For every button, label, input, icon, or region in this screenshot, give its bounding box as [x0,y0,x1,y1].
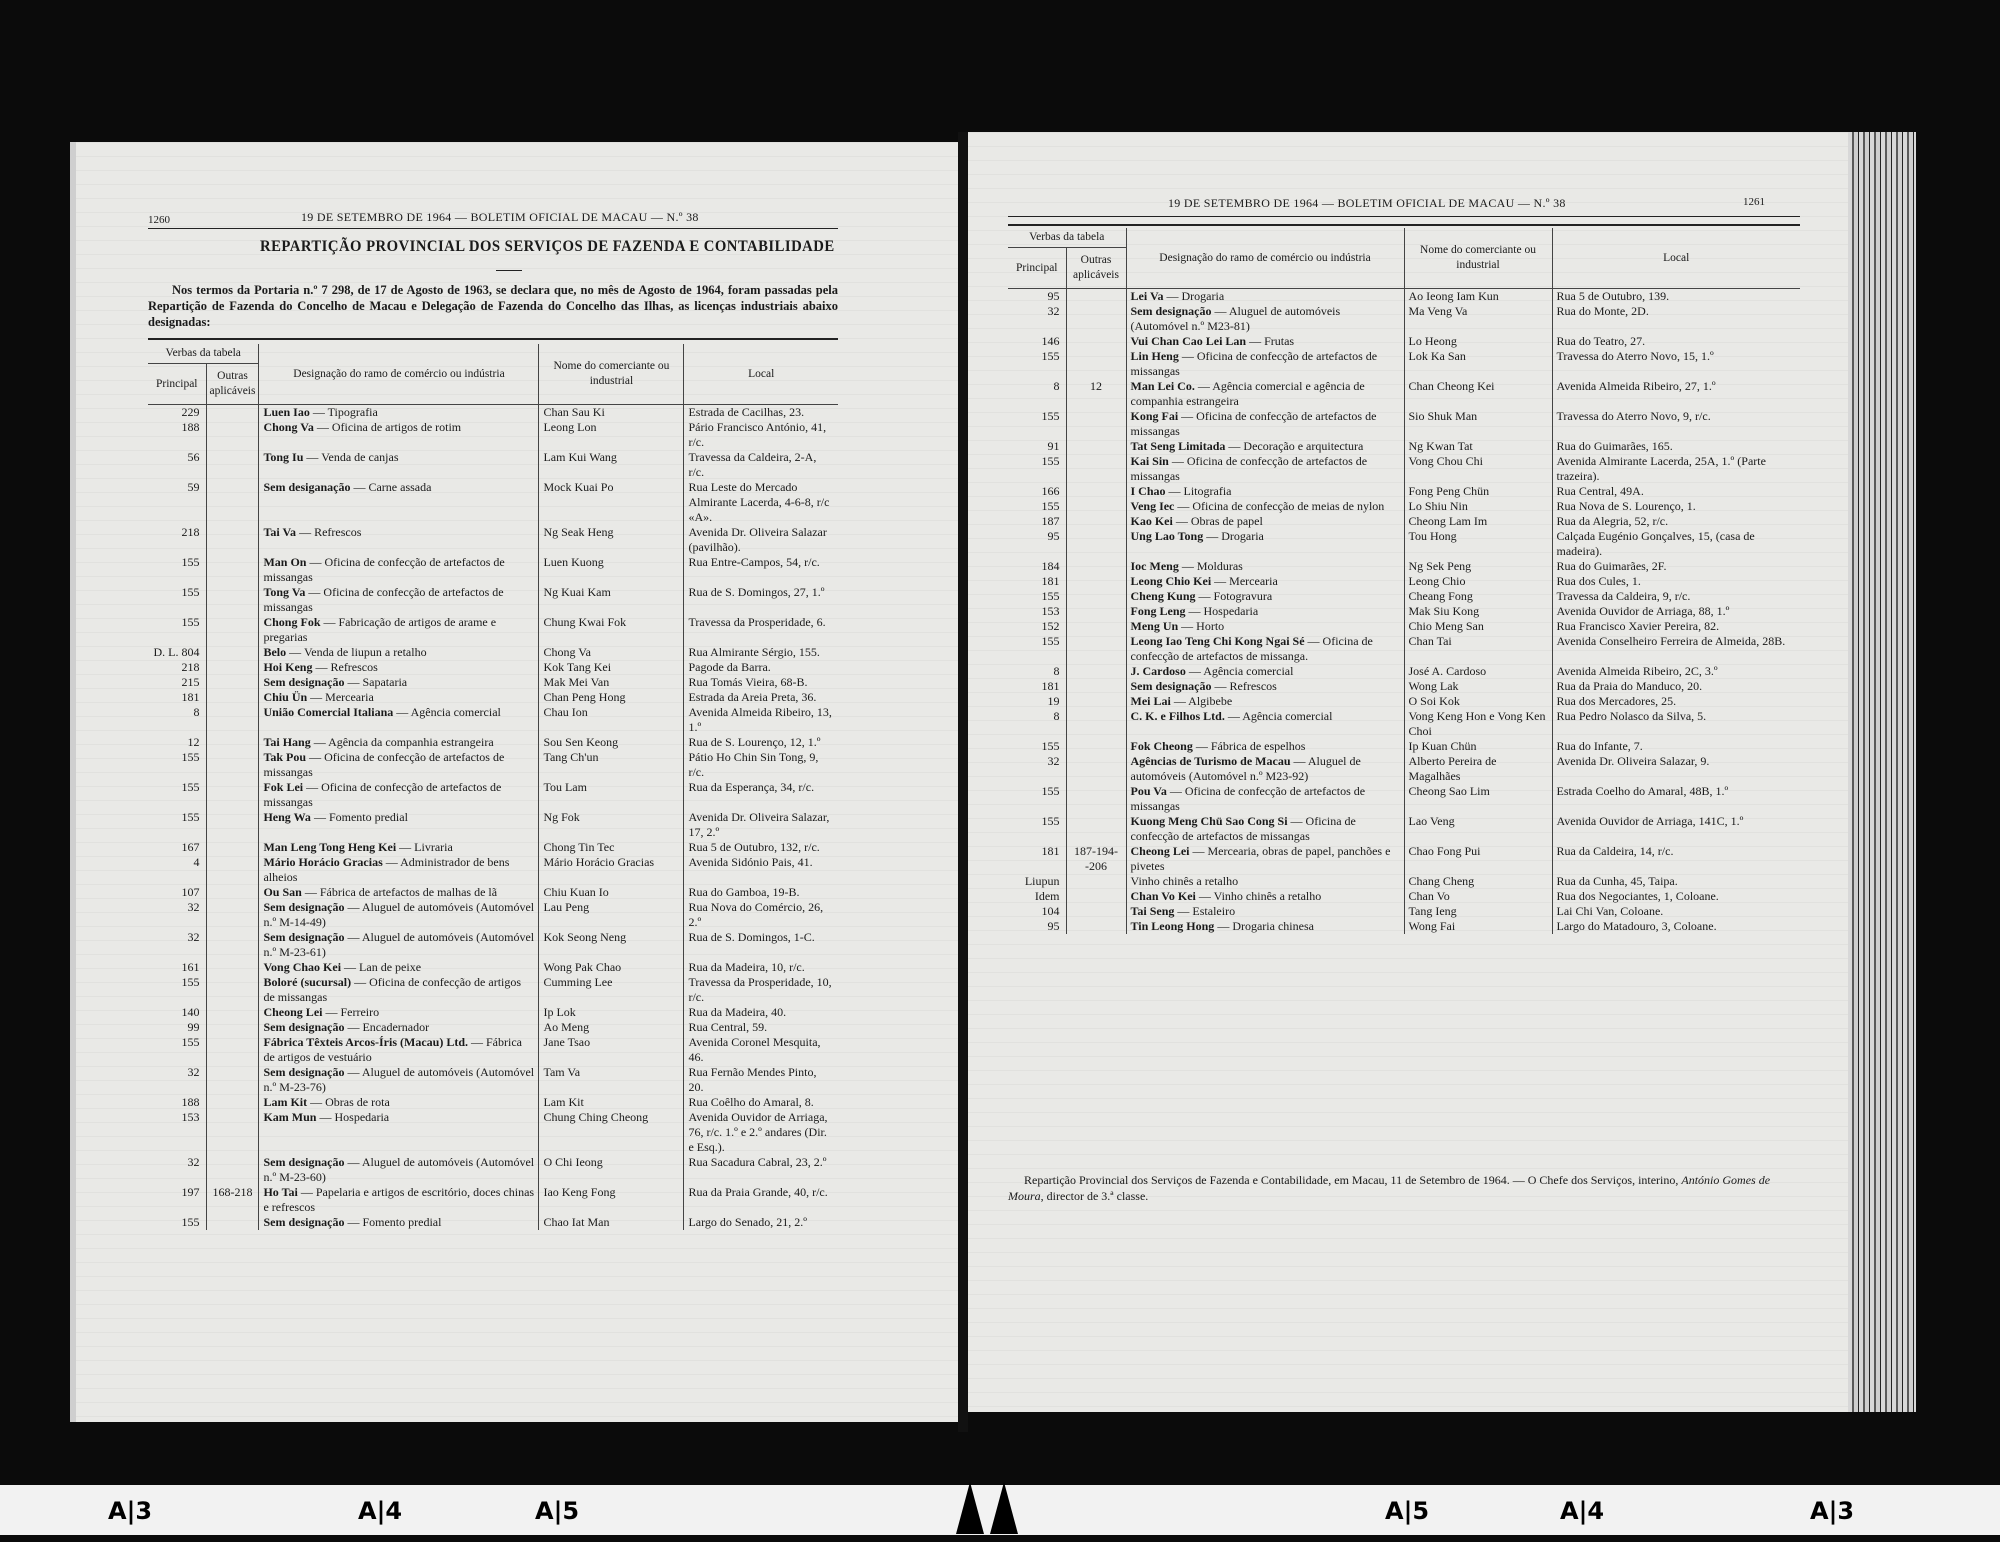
table-row: 32Sem designação — Aluguel de automóveis… [148,930,838,960]
owner-cell: Leong Lon [539,420,684,450]
outras-cell [206,645,259,660]
outras-cell [1066,559,1126,574]
principal-cell: 197 [148,1185,206,1215]
outras-cell: 187-194--206 [1066,844,1126,874]
designacao-cell: Kao Kei — Obras de papel [1126,514,1404,529]
business-name: Chong Fok [263,615,320,629]
designacao-cell: Tai Va — Refrescos [259,525,539,555]
table-row: 167Man Leng Tong Heng Kei — LivrariaChon… [148,840,838,855]
table-row: 8C. K. e Filhos Ltd. — Agência comercial… [1008,709,1800,739]
local-cell: Travessa da Prosperidade, 6. [684,615,838,645]
local-cell: Rua da Madeira, 10, r/c. [684,960,838,975]
local-cell: Rua Nova de S. Lourenço, 1. [1552,499,1800,514]
table-row: IdemChan Vo Kei — Vinho chinês a retalho… [1008,889,1800,904]
business-name: Veng Iec [1131,499,1175,513]
owner-cell: Jane Tsao [539,1035,684,1065]
film-mark: A|4 [1560,1497,1604,1525]
owner-cell: Vong Chou Chi [1404,454,1552,484]
principal-cell: 155 [148,780,206,810]
owner-cell: Wong Fai [1404,919,1552,934]
local-cell: Avenida Almeida Ribeiro, 13, 1.º [684,705,838,735]
local-cell: Rua da Madeira, 40. [684,1005,838,1020]
outras-cell [1066,529,1126,559]
owner-cell: Chan Cheong Kei [1404,379,1552,409]
outras-cell [1066,904,1126,919]
business-name: Lei Va [1131,289,1164,303]
table-row: 155Pou Va — Oficina de confecção de arte… [1008,784,1800,814]
outras-cell [1066,634,1126,664]
owner-cell: Tou Lam [539,780,684,810]
local-cell: Rua de S. Domingos, 27, 1.º [684,585,838,615]
local-cell: Rua do Gamboa, 19-B. [684,885,838,900]
business-name: Meng Un [1131,619,1179,633]
owner-cell: Alberto Pereira de Magalhães [1404,754,1552,784]
activity: Litografia [1184,484,1232,498]
table-row: 166I Chao — LitografiaFong Peng ChünRua … [1008,484,1800,499]
film-mark: A|3 [108,1497,152,1525]
designacao-cell: Ou San — Fábrica de artefactos de malhas… [259,885,539,900]
outras-cell [1066,409,1126,439]
outras-cell [1066,574,1126,589]
business-name: Sem designação [263,1215,344,1229]
local-cell: Lai Chi Van, Coloane. [1552,904,1800,919]
outras-cell [206,1020,259,1035]
header-outras: Outras aplicáveis [1066,248,1126,289]
designacao-cell: Ioc Meng — Molduras [1126,559,1404,574]
outras-cell [206,1155,259,1185]
outras-cell [206,960,259,975]
business-name: Cheong Lei [1131,844,1190,858]
business-name: Chan Vo Kei [1131,889,1196,903]
designacao-cell: Boloré (sucursal) — Oficina de confecção… [259,975,539,1005]
table-row: 8J. Cardoso — Agência comercialJosé A. C… [1008,664,1800,679]
designacao-cell: Tat Seng Limitada — Decoração e arquitec… [1126,439,1404,454]
principal-cell: 161 [148,960,206,975]
business-name: Leong Iao Teng Chi Kong Ngai Sé [1131,634,1305,648]
designacao-cell: União Comercial Italiana — Agência comer… [259,705,539,735]
outras-cell [206,555,259,585]
table-row: 95Ung Lao Tong — DrogariaTou HongCalçada… [1008,529,1800,559]
business-name: Man Lei Co. [1131,379,1195,393]
outras-cell [206,660,259,675]
local-cell: Estrada da Areia Preta, 36. [684,690,838,705]
owner-cell: Tou Hong [1404,529,1552,559]
local-cell: Rua dos Negociantes, 1, Coloane. [1552,889,1800,904]
designacao-cell: Chong Fok — Fabricação de artigos de ara… [259,615,539,645]
local-cell: Rua Tomás Vieira, 68-B. [684,675,838,690]
activity: Vinho chinês a retalho [1214,889,1322,903]
header-local: Local [1552,228,1800,289]
designacao-cell: Ho Tai — Papelaria e artigos de escritór… [259,1185,539,1215]
local-cell: Rua da Alegria, 52, r/c. [1552,514,1800,529]
local-cell: Rua Sacadura Cabral, 23, 2.º [684,1155,838,1185]
business-name: Pou Va [1131,784,1167,798]
outras-cell [1066,289,1126,305]
principal-cell: 155 [148,1035,206,1065]
table-top-rule [148,338,838,340]
principal-cell: 166 [1008,484,1066,499]
table-row: 95Lei Va — DrogariaAo Ieong Iam KunRua 5… [1008,289,1800,305]
local-cell: Travessa do Aterro Novo, 9, r/c. [1552,409,1800,439]
activity: Agência comercial [1203,664,1293,678]
owner-cell: Chung Ching Cheong [539,1110,684,1155]
local-cell: Rua da Caldeira, 14, r/c. [1552,844,1800,874]
header-designacao: Designação do ramo de comércio ou indúst… [259,344,539,405]
activity: Drogaria [1182,289,1225,303]
table-row: 218Tai Va — RefrescosNg Seak HengAvenida… [148,525,838,555]
table-row: 155Kuong Meng Chü Sao Cong Si — Oficina … [1008,814,1800,844]
designacao-cell: Sem designação — Encadernador [259,1020,539,1035]
owner-cell: Chan Tai [1404,634,1552,664]
table-row: 155Tak Pou — Oficina de confecção de art… [148,750,838,780]
local-cell: Rua da Praia do Manduco, 20. [1552,679,1800,694]
designacao-cell: Sem designação — Aluguel de automóveis (… [259,1155,539,1185]
principal-cell: D. L. 804 [148,645,206,660]
table-row: 229Luen Iao — TipografiaChan Sau KiEstra… [148,405,838,421]
designacao-cell: Fong Leng — Hospedaria [1126,604,1404,619]
local-cell: Rua Fernão Mendes Pinto, 20. [684,1065,838,1095]
table-row: 181Sem designação — RefrescosWong LakRua… [1008,679,1800,694]
local-cell: Rua Central, 49A. [1552,484,1800,499]
outras-cell [206,480,259,525]
local-cell: Rua da Cunha, 45, Taipa. [1552,874,1800,889]
business-name: Fok Lei [263,780,303,794]
outras-cell [1066,664,1126,679]
activity: Sapataria [362,675,407,689]
principal-cell: 155 [1008,784,1066,814]
outras-cell [1066,514,1126,529]
owner-cell: Ao Meng [539,1020,684,1035]
designacao-cell: Sem designação — Sapataria [259,675,539,690]
table-row: 155Lin Heng — Oficina de confecção de ar… [1008,349,1800,379]
principal-cell: 19 [1008,694,1066,709]
outras-cell [1066,874,1126,889]
owner-cell: Lau Peng [539,900,684,930]
designacao-cell: Tong Va — Oficina de confecção de artefa… [259,585,539,615]
outras-cell [1066,709,1126,739]
principal-cell: 56 [148,450,206,480]
outras-cell [1066,349,1126,379]
local-cell: Rua do Guimarães, 165. [1552,439,1800,454]
table-row: 155Fok Lei — Oficina de confecção de art… [148,780,838,810]
principal-cell: 188 [148,420,206,450]
principal-cell: 155 [1008,589,1066,604]
designacao-cell: Kam Mun — Hospedaria [259,1110,539,1155]
principal-cell: 32 [148,1065,206,1095]
table-row: 19Mei Lai — AlgibebeO Soi KokRua dos Mer… [1008,694,1800,709]
table-row: 155Man On — Oficina de confecção de arte… [148,555,838,585]
designacao-cell: Man Lei Co. — Agência comercial e agênci… [1126,379,1404,409]
outras-cell [206,450,259,480]
outras-cell [206,690,259,705]
local-cell: Travessa da Caldeira, 2-A, r/c. [684,450,838,480]
principal-cell: 187 [1008,514,1066,529]
business-name: Tai Va [263,525,296,539]
owner-cell: Lo Heong [1404,334,1552,349]
table-row: 155Kong Fai — Oficina de confecção de ar… [1008,409,1800,439]
table-row: 153Kam Mun — HospedariaChung Ching Cheon… [148,1110,838,1155]
table-row: 32Sem designação — Aluguel de automóveis… [148,1065,838,1095]
header-local: Local [684,344,838,405]
designacao-cell: Chiu Ün — Mercearia [259,690,539,705]
owner-cell: Leong Chio [1404,574,1552,589]
activity: Venda de canjas [321,450,398,464]
designacao-cell: Cheng Kung — Fotogravura [1126,589,1404,604]
owner-cell: Chong Va [539,645,684,660]
principal-cell: 181 [1008,574,1066,589]
local-cell: Rua do Teatro, 27. [1552,334,1800,349]
outras-cell [1066,454,1126,484]
local-cell: Rua de S. Domingos, 1-C. [684,930,838,960]
local-cell: Rua do Infante, 7. [1552,739,1800,754]
table-row: 59Sem desiganação — Carne assadaMock Kua… [148,480,838,525]
business-name: Boloré (sucursal) [263,975,351,989]
outras-cell [206,840,259,855]
business-name: Tin Leong Hong [1131,919,1215,933]
business-name: Sem designação [263,900,344,914]
outras-cell [206,900,259,930]
outras-cell [1066,604,1126,619]
principal-cell: 4 [148,855,206,885]
film-mark: A|5 [1385,1497,1429,1525]
table-row: 140Cheong Lei — FerreiroIp LokRua da Mad… [148,1005,838,1020]
table-row: 188Lam Kit — Obras de rotaLam KitRua Coê… [148,1095,838,1110]
activity: Refrescos [330,660,377,674]
page-stack-edge [1848,132,1916,1412]
designacao-cell: Cheong Lei — Mercearia, obras de papel, … [1126,844,1404,874]
table-row: 161Vong Chao Kei — Lan de peixeWong Pak … [148,960,838,975]
activity: Obras de papel [1191,514,1263,528]
header-principal: Principal [1008,248,1066,289]
closing-statement: Repartição Provincial dos Serviços de Fa… [1008,1172,1800,1204]
activity: Oficina de confecção de meias de nylon [1192,499,1384,513]
owner-cell: Sio Shuk Man [1404,409,1552,439]
outras-cell [1066,439,1126,454]
owner-cell: Fong Peng Chün [1404,484,1552,499]
table-row: 152Meng Un — HortoChio Meng SanRua Franc… [1008,619,1800,634]
designacao-cell: Man On — Oficina de confecção de artefac… [259,555,539,585]
designacao-cell: Lei Va — Drogaria [1126,289,1404,305]
fold-wedge-right [990,1482,1018,1534]
outras-cell [206,855,259,885]
header-rule [148,228,838,229]
local-cell: Avenida Almeida Ribeiro, 27, 1.º [1552,379,1800,409]
owner-cell: Lam Kit [539,1095,684,1110]
table-row: 32Sem designação — Aluguel de automóveis… [148,900,838,930]
principal-cell: 152 [1008,619,1066,634]
table-row: 155Leong Iao Teng Chi Kong Ngai Sé — Ofi… [1008,634,1800,664]
principal-cell: 215 [148,675,206,690]
outras-cell [206,750,259,780]
business-name: Ung Lao Tong [1131,529,1204,543]
right-page: 19 DE SETEMBRO DE 1964 — BOLETIM OFICIAL… [968,132,1848,1412]
owner-cell: Lam Kui Wang [539,450,684,480]
local-cell: Rua Coêlho do Amaral, 8. [684,1095,838,1110]
business-name: Cheng Kung [1131,589,1196,603]
running-head: 19 DE SETEMBRO DE 1964 — BOLETIM OFICIAL… [301,210,699,225]
designacao-cell: Sem designação — Aluguel de automóveis (… [1126,304,1404,334]
table-row: 155Tong Va — Oficina de confecção de art… [148,585,838,615]
principal-cell: 8 [148,705,206,735]
header-verbas: Verbas da tabela [148,344,259,364]
header-outras: Outras aplicáveis [206,364,259,405]
designacao-cell: Sem designação — Aluguel de automóveis (… [259,1065,539,1095]
activity: Agência comercial [1242,709,1332,723]
owner-cell: Luen Kuong [539,555,684,585]
table-row: 188Chong Va — Oficina de artigos de roti… [148,420,838,450]
owner-cell: Wong Pak Chao [539,960,684,975]
section-title: REPARTIÇÃO PROVINCIAL DOS SERVIÇOS DE FA… [260,238,835,256]
outras-cell [1066,334,1126,349]
fold-wedge-left [956,1482,984,1534]
activity: Agência comercial [411,705,501,719]
principal-cell: 32 [1008,754,1066,784]
outras-cell [206,525,259,555]
table-row: 99Sem designação — EncadernadorAo MengRu… [148,1020,838,1035]
owner-cell: Cheong Sao Lim [1404,784,1552,814]
owner-cell: Chao Iat Man [539,1215,684,1230]
local-cell: Rua dos Mercadores, 25. [1552,694,1800,709]
local-cell: Largo do Matadouro, 3, Coloane. [1552,919,1800,934]
owner-cell: Cheong Lam Im [1404,514,1552,529]
page-number: 1260 [148,214,170,226]
business-name: Sem designação [263,930,344,944]
outras-cell [206,975,259,1005]
local-cell: Rua da Esperança, 34, r/c. [684,780,838,810]
local-cell: Pagode da Barra. [684,660,838,675]
owner-cell: Iao Keng Fong [539,1185,684,1215]
table-row: 155Boloré (sucursal) — Oficina de confec… [148,975,838,1005]
business-name: Sem designação [263,1065,344,1079]
local-cell: Avenida Sidónio Pais, 41. [684,855,838,885]
designacao-cell: Man Leng Tong Heng Kei — Livraria [259,840,539,855]
principal-cell: 155 [1008,814,1066,844]
business-name: Tat Seng Limitada [1131,439,1226,453]
header-nome: Nome do comerciante ou industrial [539,344,684,405]
owner-cell: Chong Tin Tec [539,840,684,855]
principal-cell: 8 [1008,709,1066,739]
header-principal: Principal [148,364,206,405]
designacao-cell: I Chao — Litografia [1126,484,1404,499]
business-name: Sem designação [1131,679,1212,693]
principal-cell: 95 [1008,919,1066,934]
activity: Algibebe [1188,694,1232,708]
table-row: 181Leong Chio Kei — MerceariaLeong ChioR… [1008,574,1800,589]
outras-cell [1066,589,1126,604]
local-cell: Calçada Eugénio Gonçalves, 15, (casa de … [1552,529,1800,559]
owner-cell: O Soi Kok [1404,694,1552,709]
outras-cell [206,1215,259,1230]
outras-cell [206,675,259,690]
local-cell: Travessa do Aterro Novo, 15, 1.º [1552,349,1800,379]
designacao-cell: Cheong Lei — Ferreiro [259,1005,539,1020]
business-name: Kam Mun [263,1110,316,1124]
outras-cell [206,405,259,421]
owner-cell: Chan Peng Hong [539,690,684,705]
business-name: Agências de Turismo de Macau [1131,754,1291,768]
owner-cell: Ng Sek Peng [1404,559,1552,574]
activity: Venda de liupun a retalho [304,645,427,659]
local-cell: Largo do Senado, 21, 2.º [684,1215,838,1230]
principal-cell: 155 [1008,349,1066,379]
designacao-cell: Kai Sin — Oficina de confecção de artefa… [1126,454,1404,484]
owner-cell: Tang Ch'un [539,750,684,780]
principal-cell: 155 [148,585,206,615]
activity: Carne assada [368,480,431,494]
owner-cell: Sou Sen Keong [539,735,684,750]
table-row: 215Sem designação — SapatariaMak Mei Van… [148,675,838,690]
activity: Fábrica de espelhos [1211,739,1306,753]
principal-cell: 181 [148,690,206,705]
business-name: Lin Heng [1131,349,1179,363]
designacao-cell: Mário Horácio Gracias — Administrador de… [259,855,539,885]
closing-text: Repartição Provincial dos Serviços de Fa… [1024,1173,1678,1187]
table-row: 155Cheng Kung — FotogravuraCheang FongTr… [1008,589,1800,604]
header-rule [1008,216,1800,217]
business-name: Belo [263,645,286,659]
local-cell: Estrada Coelho do Amaral, 48B, 1.º [1552,784,1800,814]
activity: Oficina de artigos de rotim [332,420,461,434]
activity: Horto [1196,619,1224,633]
film-mark: A|3 [1810,1497,1854,1525]
local-cell: Avenida Ouvidor de Arriaga, 88, 1.º [1552,604,1800,619]
owner-cell: Wong Lak [1404,679,1552,694]
license-table-left: Verbas da tabela Designação do ramo de c… [148,344,838,1230]
principal-cell: 218 [148,660,206,675]
activity: Livraria [414,840,453,854]
table-row: 218Hoi Keng — RefrescosKok Tang KeiPagod… [148,660,838,675]
local-cell: Rua 5 de Outubro, 139. [1552,289,1800,305]
owner-cell: Mak Siu Kong [1404,604,1552,619]
table-row: 95Tin Leong Hong — Drogaria chinesaWong … [1008,919,1800,934]
activity: Drogaria [1221,529,1264,543]
owner-cell: José A. Cardoso [1404,664,1552,679]
principal-cell: 155 [148,1215,206,1230]
principal-cell: 218 [148,525,206,555]
owner-cell: Ma Veng Va [1404,304,1552,334]
principal-cell: 155 [148,810,206,840]
business-name: Tong Iu [263,450,303,464]
local-cell: Rua Pedro Nolasco da Silva, 5. [1552,709,1800,739]
business-name: Vong Chao Kei [263,960,341,974]
owner-cell: Chung Kwai Fok [539,615,684,645]
table-row: 197168-218Ho Tai — Papelaria e artigos d… [148,1185,838,1215]
owner-cell: Chan Vo [1404,889,1552,904]
principal-cell: 155 [148,975,206,1005]
activity: Fomento predial [329,810,408,824]
designacao-cell: Sem designação — Fomento predial [259,1215,539,1230]
local-cell: Avenida Almeida Ribeiro, 2C, 3.º [1552,664,1800,679]
activity: Fotogravura [1214,589,1273,603]
designacao-cell: Fok Cheong — Fábrica de espelhos [1126,739,1404,754]
outras-cell [1066,919,1126,934]
table-row: 107Ou San — Fábrica de artefactos de mal… [148,885,838,900]
designacao-cell: Chong Va — Oficina de artigos de rotim [259,420,539,450]
owner-cell: Mak Mei Van [539,675,684,690]
designacao-cell: Lam Kit — Obras de rota [259,1095,539,1110]
table-row: 8União Comercial Italiana — Agência come… [148,705,838,735]
outras-cell: 168-218 [206,1185,259,1215]
designacao-cell: Sem designação — Refrescos [1126,679,1404,694]
outras-cell [206,1035,259,1065]
business-name: Sem designação [263,1155,344,1169]
owner-cell: Mário Horácio Gracias [539,855,684,885]
principal-cell: 32 [148,1155,206,1185]
table-row: 32Sem designação — Aluguel de automóveis… [1008,304,1800,334]
table-row: 91Tat Seng Limitada — Decoração e arquit… [1008,439,1800,454]
designacao-cell: Tak Pou — Oficina de confecção de artefa… [259,750,539,780]
business-name: C. K. e Filhos Ltd. [1131,709,1225,723]
